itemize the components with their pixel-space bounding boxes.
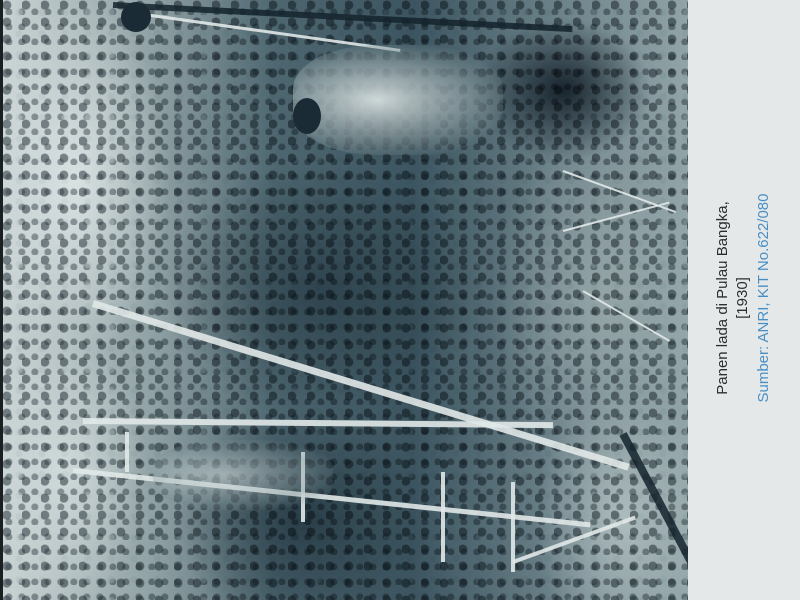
photo-caption: Panen lada di Pulau Bangka, [1930] Sumbe… [713, 194, 775, 403]
caption-title: Panen lada di Pulau Bangka, [713, 194, 733, 403]
caption-source: Sumber: ANRI, KIT No.622/080 [753, 194, 775, 403]
ladder-rung [441, 472, 445, 562]
caption-year: [1930] [733, 194, 753, 403]
archival-photo [3, 0, 688, 600]
ladder-rung [125, 432, 129, 472]
worker-figure-top [293, 45, 503, 155]
basket [121, 2, 151, 32]
worker-hat [293, 98, 321, 134]
worker-figure-bottom [153, 440, 333, 510]
